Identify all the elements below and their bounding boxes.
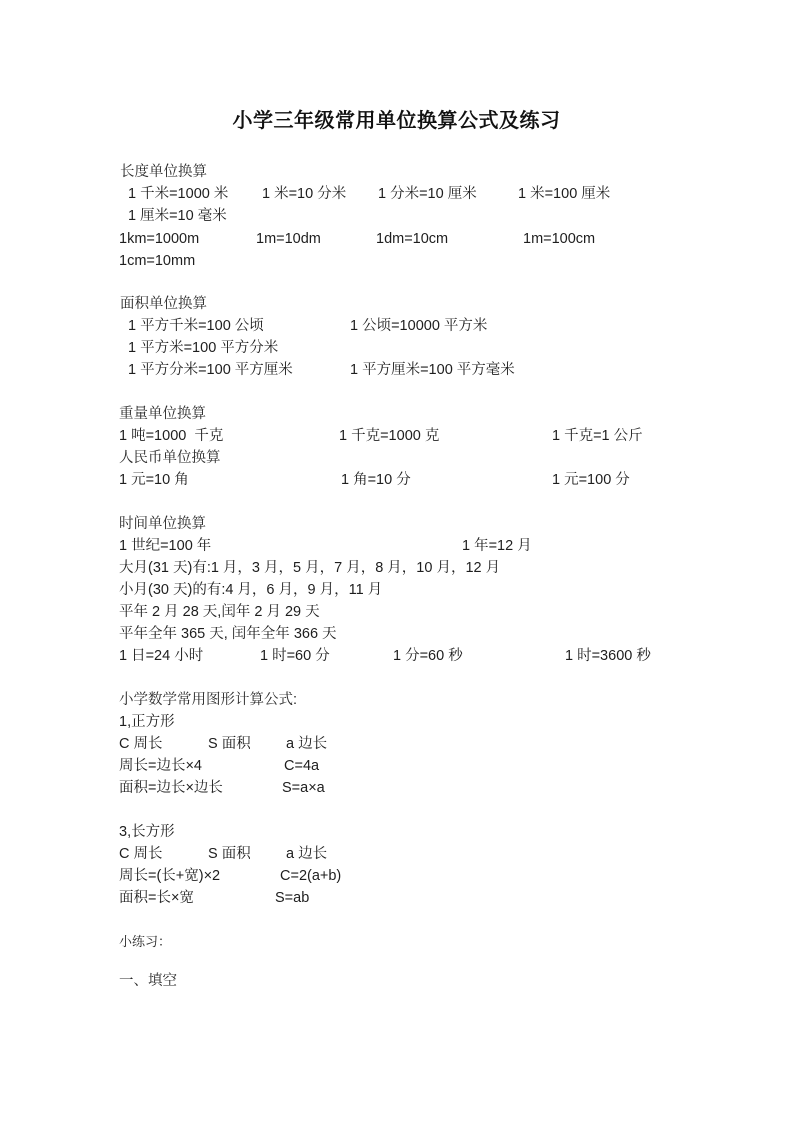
time-formula: 1 时=60 分 [260,647,330,665]
time-formula: 1 时=3600 秒 [565,647,651,665]
square-label: 1,正方形 [119,713,175,731]
rectangle-perimeter-formula: C=2(a+b) [280,867,341,885]
length-formula: 1 分米=10 厘米 [378,185,477,203]
document-page: 小学三年级常用单位换算公式及练习 长度单位换算 1 千米=1000 米 1 米=… [0,0,793,1122]
rectangle-legend: a 边长 [286,845,327,863]
square-perimeter-formula: 周长=边长×4 [119,757,202,775]
rectangle-legend: C 周长 [119,845,163,863]
square-legend: C 周长 [119,735,163,753]
currency-heading: 人民币单位换算 [119,449,221,467]
square-legend: S 面积 [208,735,251,753]
length-formula-metric: 1m=10dm [256,230,321,248]
length-formula: 1 厘米=10 毫米 [128,207,227,225]
time-small-months: 小月(30 天)的有:4 月，6 月，9 月，11 月 [119,581,382,599]
area-formula: 1 平方厘米=100 平方毫米 [350,361,515,379]
weight-formula: 1 千克=1 公斤 [552,427,643,445]
length-formula: 1 千米=1000 米 [128,185,228,203]
currency-formula: 1 元=100 分 [552,471,630,489]
length-heading: 长度单位换算 [120,163,207,181]
time-february: 平年 2 月 28 天,闰年 2 月 29 天 [119,603,320,621]
area-formula: 1 平方米=100 平方分米 [128,339,278,357]
length-formula: 1 米=10 分米 [262,185,346,203]
time-formula: 1 世纪=100 年 [119,537,211,555]
rectangle-legend: S 面积 [208,845,251,863]
weight-formula: 1 千克=1000 克 [339,427,439,445]
square-area-formula: S=a×a [282,779,325,797]
square-legend: a 边长 [286,735,327,753]
area-formula: 1 平方分米=100 平方厘米 [128,361,293,379]
square-perimeter-formula: C=4a [284,757,319,775]
time-formula: 1 分=60 秒 [393,647,463,665]
currency-formula: 1 元=10 角 [119,471,189,489]
weight-formula: 1 吨=1000 千克 [119,427,223,445]
length-formula-metric: 1m=100cm [523,230,595,248]
area-formula: 1 公顷=10000 平方米 [350,317,487,335]
page-title: 小学三年级常用单位换算公式及练习 [0,104,793,133]
length-formula-metric: 1dm=10cm [376,230,448,248]
length-formula-metric: 1cm=10mm [119,252,195,270]
time-heading: 时间单位换算 [119,515,206,533]
shapes-heading: 小学数学常用图形计算公式: [119,691,297,709]
currency-formula: 1 角=10 分 [341,471,411,489]
length-formula-metric: 1km=1000m [119,230,199,248]
time-formula: 1 日=24 小时 [119,647,203,665]
rectangle-label: 3,长方形 [119,823,175,841]
time-formula: 1 年=12 月 [462,537,532,555]
practice-heading: 小练习： [119,933,171,951]
rectangle-perimeter-formula: 周长=(长+宽)×2 [119,867,220,885]
weight-heading: 重量单位换算 [119,405,206,423]
area-heading: 面积单位换算 [120,295,207,313]
area-formula: 1 平方千米=100 公顷 [128,317,264,335]
practice-part-fill-blank: 一、填空 [119,972,177,990]
rectangle-area-formula: 面积=长×宽 [119,889,194,907]
time-big-months: 大月(31 天)有:1 月，3 月，5 月，7 月，8 月，10 月，12 月 [119,559,500,577]
time-year-days: 平年全年 365 天, 闰年全年 366 天 [119,625,337,643]
length-formula: 1 米=100 厘米 [518,185,610,203]
square-area-formula: 面积=边长×边长 [119,779,223,797]
rectangle-area-formula: S=ab [275,889,309,907]
